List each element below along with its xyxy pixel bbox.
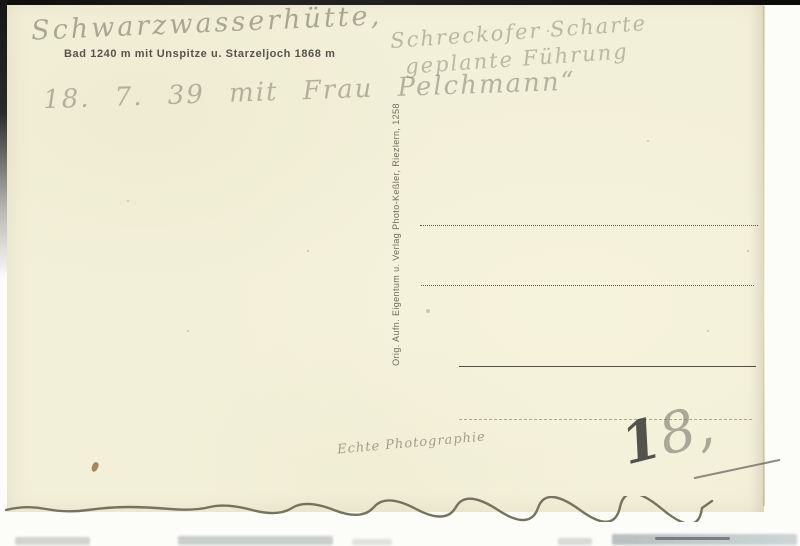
handwritten-price: 18, — [614, 392, 720, 478]
address-line-3 — [459, 366, 756, 367]
handwritten-price-dash — [694, 459, 780, 479]
scan-artifact — [178, 536, 333, 545]
scan-edge-left — [0, 0, 7, 280]
deckled-bottom-edge — [0, 496, 790, 522]
photo-stamp-script: Echte Photographie — [337, 430, 487, 458]
postcard-scan: Schwarzwasserhütte, Schreckofer Scharte … — [0, 0, 800, 546]
postcard-back: Schwarzwasserhütte, Schreckofer Scharte … — [7, 0, 764, 512]
address-line-1 — [420, 225, 758, 226]
card-edge-shading — [750, 0, 764, 512]
scan-artifact — [558, 538, 592, 545]
card-edge-right — [763, 6, 765, 506]
address-line-2 — [421, 285, 754, 286]
scan-artifact — [15, 537, 90, 545]
publisher-imprint-vertical: Orig. Aufn. Eigentum u. Verlag Photo-Keß… — [391, 47, 404, 422]
scan-edge-top — [0, 0, 800, 5]
scan-artifact — [655, 537, 730, 540]
handwriting-top-left: Schwarzwasserhütte, — [30, 0, 382, 46]
brown-speck-stain — [91, 461, 100, 472]
printed-caption: Bad 1240 m mit Unspitze u. Starzeljoch 1… — [64, 48, 336, 60]
handwriting-date-line: 18. 7. 39 mit Frau Pelchmann“ — [43, 67, 577, 116]
scan-artifact — [352, 539, 392, 545]
